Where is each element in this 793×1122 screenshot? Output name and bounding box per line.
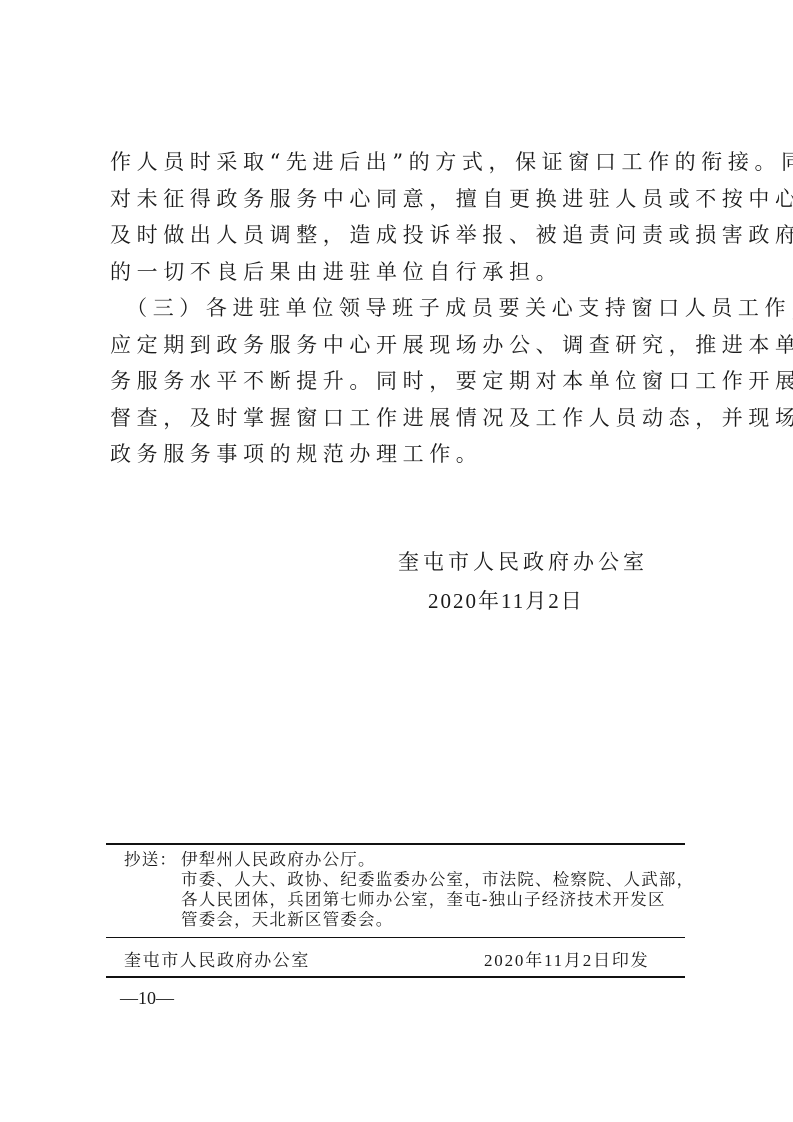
page-number: —10— [120, 988, 174, 1009]
text-line: （三）各进驻单位领导班子成员要关心支持窗口人员工作， [110, 290, 694, 327]
issue-date: 2020年11月2日印发 [484, 946, 649, 971]
divider-bottom [106, 976, 685, 978]
text-line: 政务服务事项的规范办理工作。 [110, 436, 694, 473]
copy-to-list: 伊犁州人民政府办公厅。 市委、人大、政协、纪委监委办公室，市法院、检察院、人武部… [181, 850, 701, 930]
paragraph-1: 作人员时采取“先进后出”的方式，保证窗口工作的衔接。同时， 对未征得政务服务中心… [110, 144, 694, 290]
body-text: 作人员时采取“先进后出”的方式，保证窗口工作的衔接。同时， 对未征得政务服务中心… [110, 144, 694, 473]
text-line: 作人员时采取“先进后出”的方式，保证窗口工作的衔接。同时， [110, 144, 694, 181]
signature-date: 2020年11月2日 [428, 585, 584, 615]
text-line: 及时做出人员调整，造成投诉举报、被追责问责或损害政府形象 [110, 217, 694, 254]
issuer: 奎屯市人民政府办公室 [124, 946, 310, 971]
text-line: 督查，及时掌握窗口工作进展情况及工作人员动态，并现场指导 [110, 400, 694, 437]
text-line: 应定期到政务服务中心开展现场办公、调查研究，推进本单位政 [110, 327, 694, 364]
signature-organization: 奎屯市人民政府办公室 [398, 546, 648, 576]
divider-middle [106, 937, 685, 938]
divider-top [106, 843, 685, 845]
document-page: 作人员时采取“先进后出”的方式，保证窗口工作的衔接。同时， 对未征得政务服务中心… [0, 0, 793, 1122]
text-line: 务服务水平不断提升。同时，要定期对本单位窗口工作开展检查 [110, 363, 694, 400]
copy-to-label: 抄送： [124, 850, 177, 870]
copy-to-line: 伊犁州人民政府办公厅。 [181, 850, 701, 870]
paragraph-2: （三）各进驻单位领导班子成员要关心支持窗口人员工作， 应定期到政务服务中心开展现… [110, 290, 694, 473]
copy-to-line: 各人民团体，兵团第七师办公室，奎屯-独山子经济技术开发区 [181, 890, 701, 910]
copy-to-line: 管委会，天北新区管委会。 [181, 910, 701, 930]
text-line: 的一切不良后果由进驻单位自行承担。 [110, 254, 694, 291]
copy-to-line: 市委、人大、政协、纪委监委办公室，市法院、检察院、人武部， [181, 870, 701, 890]
text-line: 对未征得政务服务中心同意，擅自更换进驻人员或不按中心意见 [110, 181, 694, 218]
